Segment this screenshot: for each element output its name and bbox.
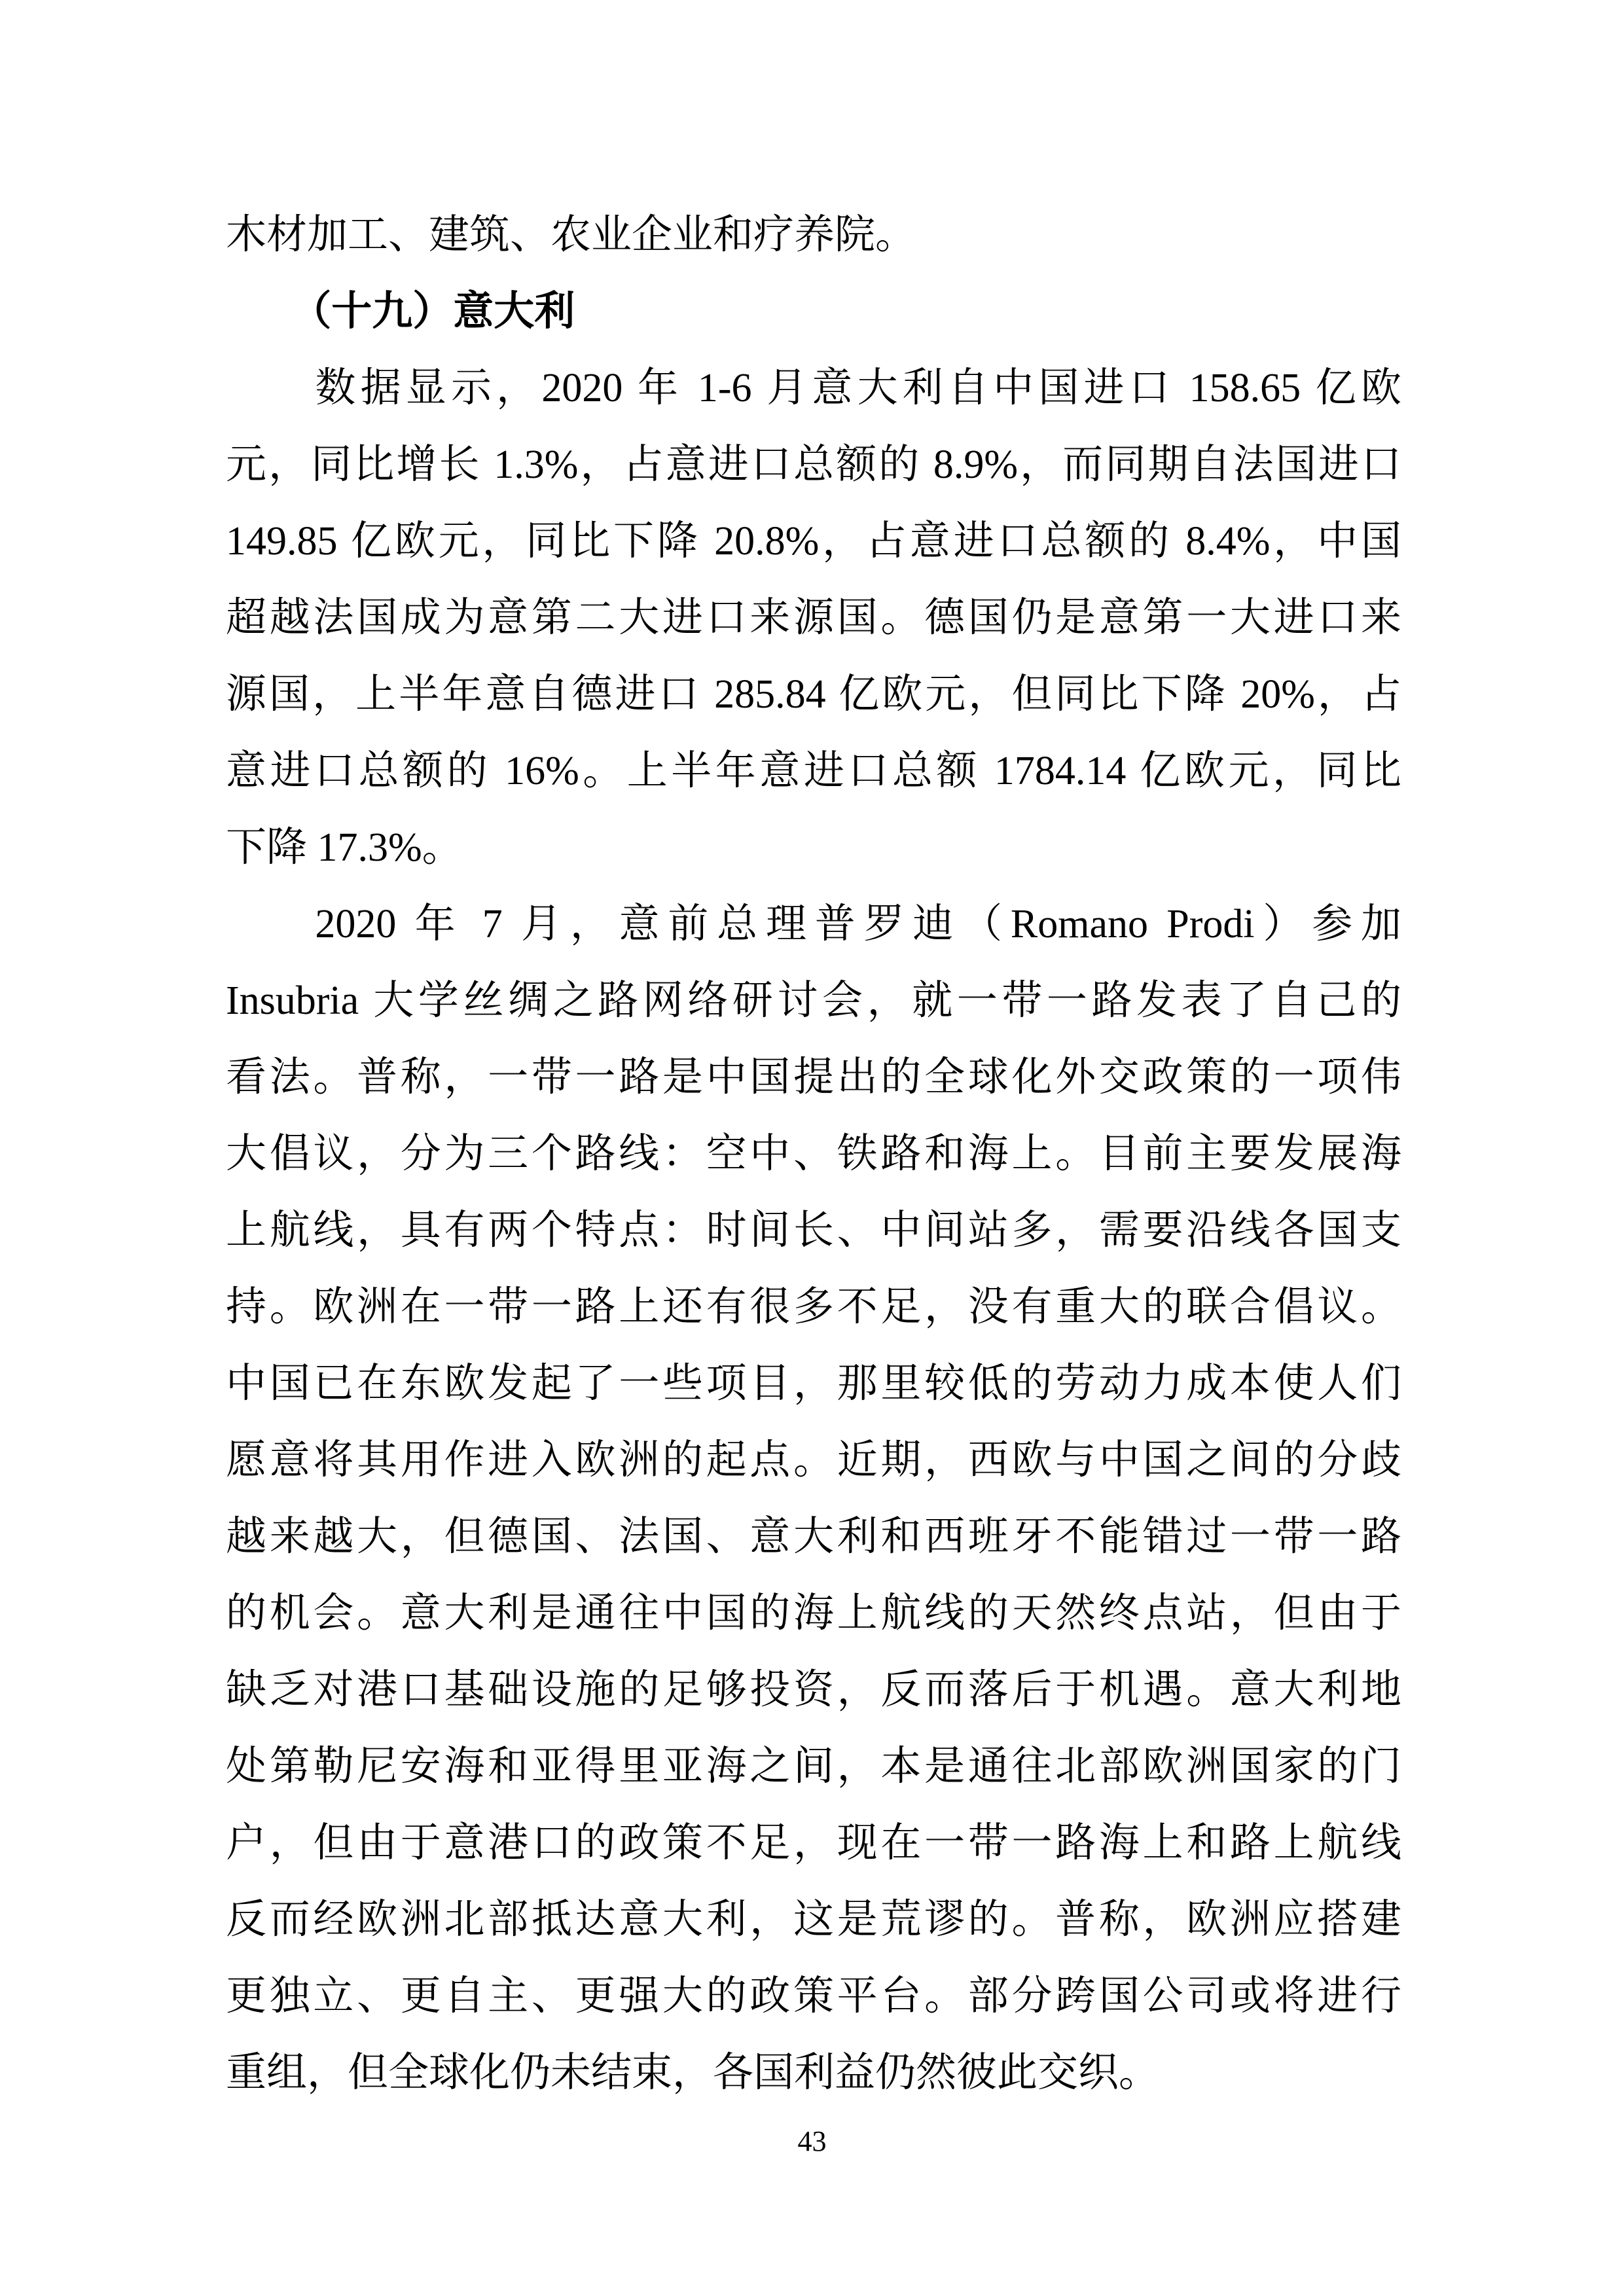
text-line: 超越法国成为意第二大进口来源国。德国仍是意第一大进口来 [226, 580, 1401, 656]
text-line: 户，但由于意港口的政策不足，现在一带一路海上和路上航线 [226, 1805, 1401, 1882]
text-line: 重组，但全球化仍未结束，各国利益仍然彼此交织。 [226, 2035, 1401, 2111]
text-line: 源国，上半年意自德进口 285.84 亿欧元，但同比下降 20%，占 [226, 656, 1401, 733]
text-line: 缺乏对港口基础设施的足够投资，反而落后于机遇。意大利地 [226, 1652, 1401, 1729]
text-line: 数据显示，2020 年 1-6 月意大利自中国进口 158.65 亿欧 [226, 350, 1401, 427]
text-line: 木材加工、建筑、农业企业和疗养院。 [226, 197, 1401, 274]
text-line: 反而经欧洲北部抵达意大利，这是荒谬的。普称，欧洲应搭建 [226, 1882, 1401, 1958]
text-line: 中国已在东欧发起了一些项目，那里较低的劳动力成本使人们 [226, 1346, 1401, 1422]
text-line: 下降 17.3%。 [226, 810, 1401, 886]
text-line: 看法。普称，一带一路是中国提出的全球化外交政策的一项伟 [226, 1039, 1401, 1116]
text-line: 更独立、更自主、更强大的政策平台。部分跨国公司或将进行 [226, 1958, 1401, 2035]
section-heading: （十九）意大利 [226, 274, 1401, 350]
document-body: 木材加工、建筑、农业企业和疗养院。（十九）意大利数据显示，2020 年 1-6 … [226, 197, 1401, 2111]
text-line: 处第勒尼安海和亚得里亚海之间，本是通往北部欧洲国家的门 [226, 1729, 1401, 1805]
document-page: 木材加工、建筑、农业企业和疗养院。（十九）意大利数据显示，2020 年 1-6 … [0, 0, 1624, 2296]
text-line: 愿意将其用作进入欧洲的起点。近期，西欧与中国之间的分歧 [226, 1422, 1401, 1499]
page-number: 43 [0, 2126, 1624, 2157]
text-line: 的机会。意大利是通往中国的海上航线的天然终点站，但由于 [226, 1575, 1401, 1652]
text-line: 元，同比增长 1.3%，占意进口总额的 8.9%，而同期自法国进口 [226, 427, 1401, 503]
text-line: 上航线，具有两个特点：时间长、中间站多，需要沿线各国支 [226, 1193, 1401, 1269]
text-line: 意进口总额的 16%。上半年意进口总额 1784.14 亿欧元，同比 [226, 733, 1401, 810]
text-line: Insubria 大学丝绸之路网络研讨会，就一带一路发表了自己的 [226, 963, 1401, 1039]
text-line: 越来越大，但德国、法国、意大利和西班牙不能错过一带一路 [226, 1499, 1401, 1575]
text-line: 大倡议，分为三个路线：空中、铁路和海上。目前主要发展海 [226, 1116, 1401, 1193]
text-line: 149.85 亿欧元，同比下降 20.8%，占意进口总额的 8.4%，中国 [226, 503, 1401, 580]
text-line: 持。欧洲在一带一路上还有很多不足，没有重大的联合倡议。 [226, 1269, 1401, 1346]
text-line: 2020 年 7 月，意前总理普罗迪（Romano Prodi）参加 [226, 886, 1401, 963]
